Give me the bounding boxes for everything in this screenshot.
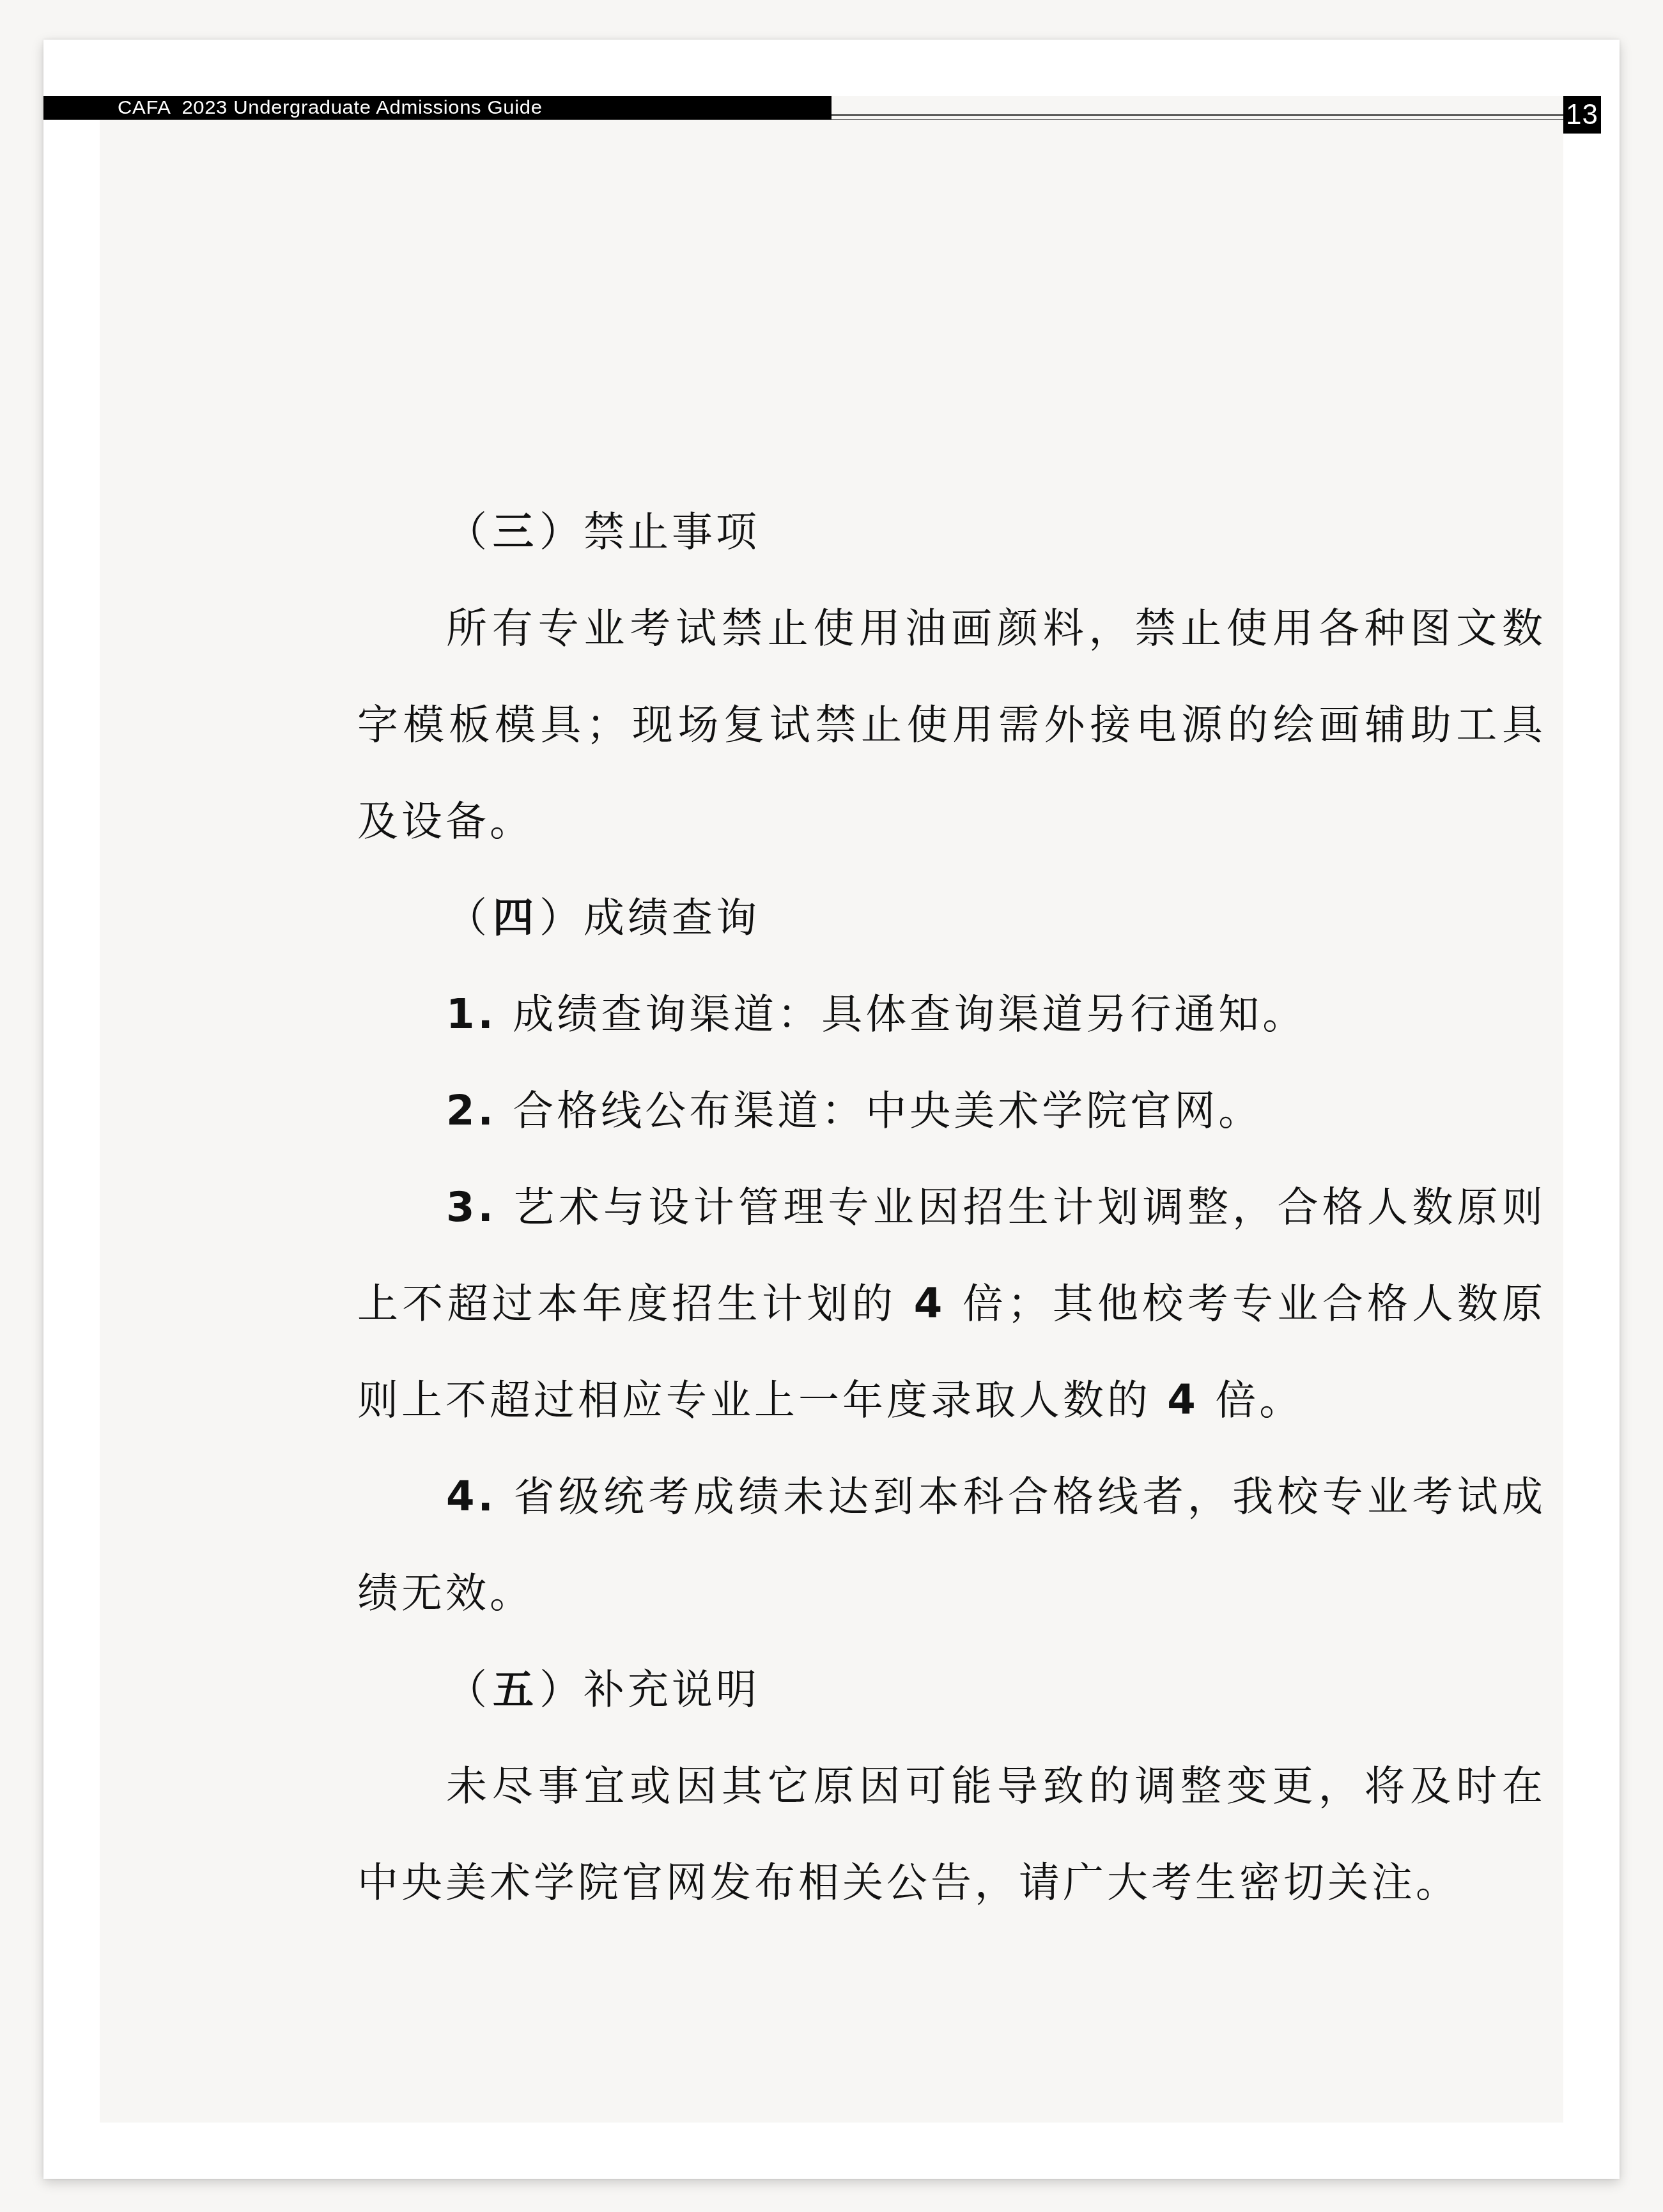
multiplier-number: 4 — [1167, 1377, 1199, 1424]
list-item: 3. 艺术与设计管理专业因招生计划调整，合格人数原则上不超过本年度招生计划的 4… — [357, 1160, 1546, 1449]
section-heading-score-inquiry: （四）成绩查询 — [357, 870, 1546, 967]
page-number-badge: 13 — [1563, 96, 1601, 134]
paren-close: ） — [539, 895, 584, 942]
running-header-bar: CAFA 2023 Undergraduate Admissions Guide — [43, 96, 832, 120]
section-title: 成绩查询 — [584, 895, 760, 942]
item-text: 成绩查询渠道：具体查询渠道另行通知。 — [513, 991, 1306, 1038]
item-number: 1. — [446, 991, 497, 1038]
paren-open: （ — [446, 509, 490, 556]
running-header-title: CAFA 2023 Undergraduate Admissions Guide — [118, 96, 543, 119]
section-heading-prohibitions: （三）禁止事项 — [357, 484, 1546, 581]
paren-open: （ — [446, 895, 490, 942]
section-title: 禁止事项 — [584, 509, 760, 556]
header-rule-dark — [832, 114, 1563, 116]
list-item: 2. 合格线公布渠道：中央美术学院官网。 — [357, 1063, 1546, 1160]
item-number: 2. — [446, 1087, 497, 1135]
section-numeral: 五 — [490, 1666, 539, 1714]
multiplier-number: 4 — [914, 1280, 946, 1328]
section-numeral: 三 — [490, 509, 539, 556]
paragraph: 未尽事宜或因其它原因可能导致的调整变更，将及时在中央美术学院官网发布相关公告，请… — [357, 1739, 1546, 1932]
paren-open: （ — [446, 1666, 490, 1714]
section-title: 补充说明 — [584, 1666, 760, 1714]
header-rule-gray — [832, 119, 1563, 120]
body-text: （三）禁止事项 所有专业考试禁止使用油画颜料，禁止使用各种图文数字模板模具；现场… — [357, 484, 1546, 1932]
section-numeral: 四 — [490, 895, 539, 942]
section-heading-supplementary: （五）补充说明 — [357, 1642, 1546, 1739]
item-number: 4. — [446, 1473, 497, 1521]
paren-close: ） — [539, 509, 584, 556]
list-item: 4. 省级统考成绩未达到本科合格线者，我校专业考试成绩无效。 — [357, 1449, 1546, 1642]
paragraph: 所有专业考试禁止使用油画颜料，禁止使用各种图文数字模板模具；现场复试禁止使用需外… — [357, 581, 1546, 870]
item-number: 3. — [446, 1184, 497, 1231]
item-text: 省级统考成绩未达到本科合格线者，我校专业考试成绩无效。 — [357, 1473, 1546, 1617]
document-page: CAFA 2023 Undergraduate Admissions Guide… — [43, 40, 1620, 2179]
list-item: 1. 成绩查询渠道：具体查询渠道另行通知。 — [357, 967, 1546, 1063]
paren-close: ） — [539, 1666, 584, 1714]
item-text: 倍。 — [1215, 1377, 1303, 1424]
item-text: 合格线公布渠道：中央美术学院官网。 — [513, 1087, 1262, 1135]
